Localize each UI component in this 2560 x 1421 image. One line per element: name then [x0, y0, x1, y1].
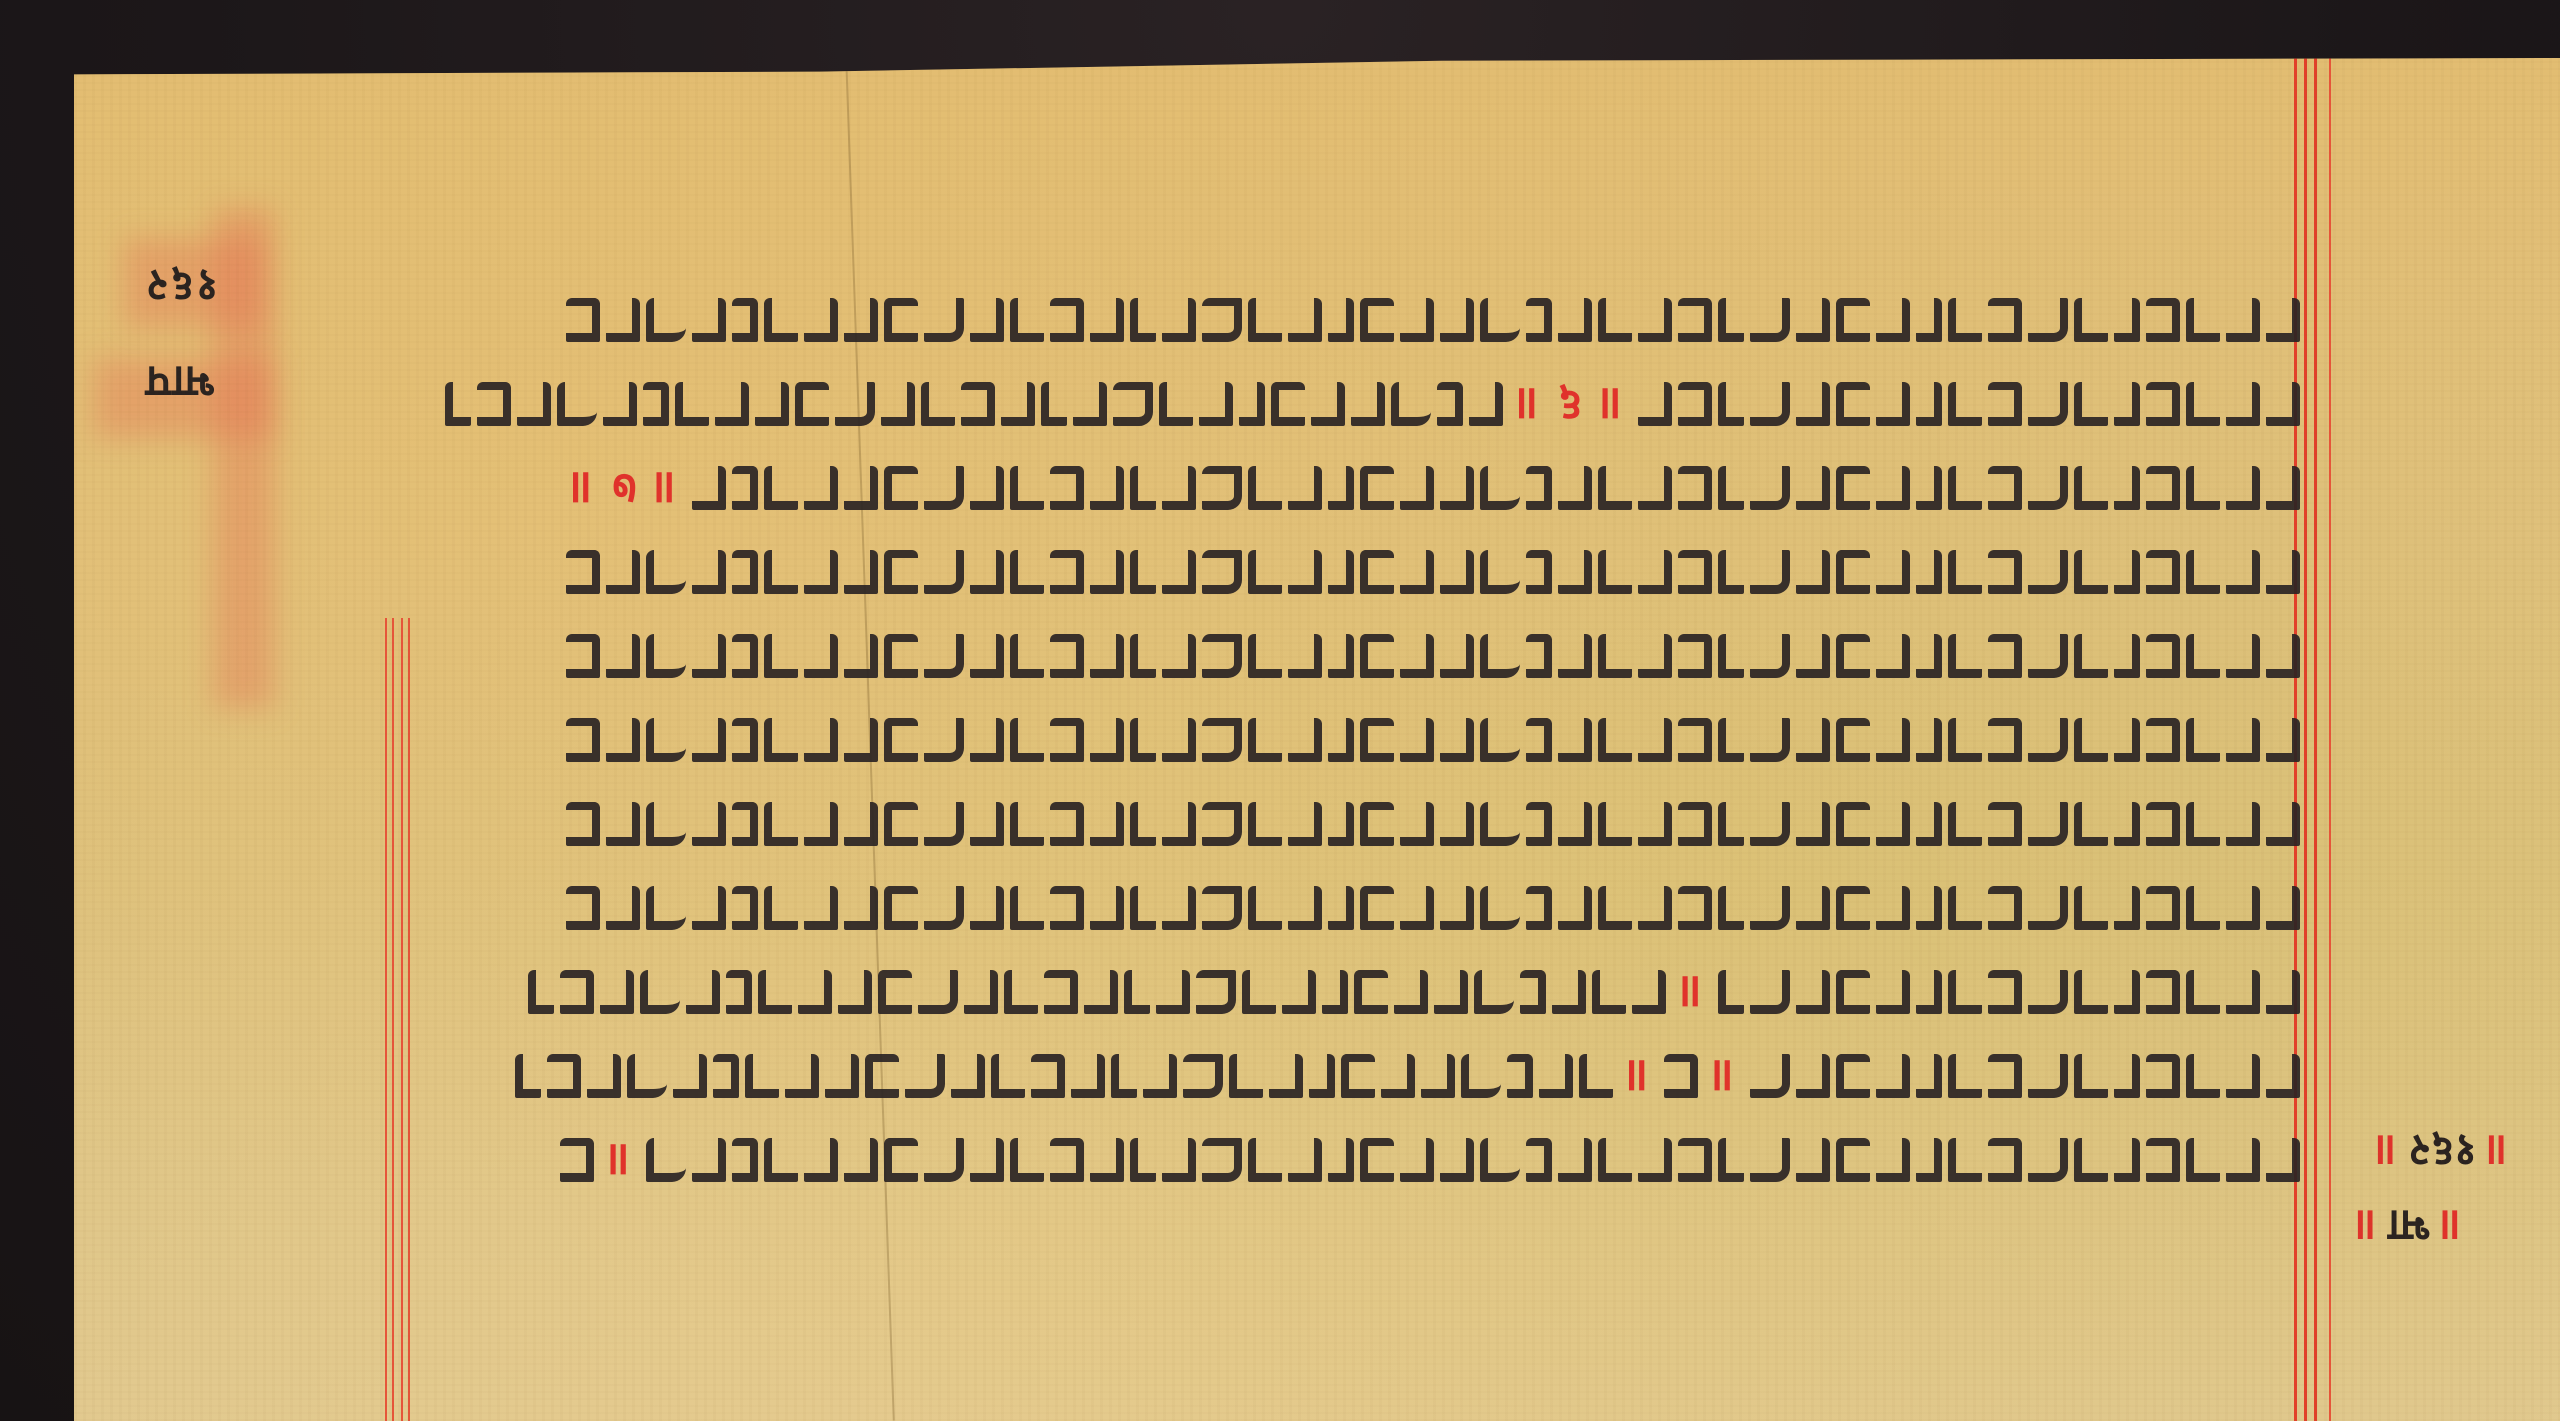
script-glyph: [1520, 970, 1546, 1014]
script-glyph: [1718, 550, 1744, 594]
right-margin-abbreviation: भा: [2388, 1198, 2430, 1258]
script-glyph: [1796, 634, 1830, 678]
script-glyph: [1010, 634, 1044, 678]
script-glyph: [1598, 886, 1632, 930]
glyph-run: [566, 802, 2300, 860]
script-glyph: [477, 382, 511, 426]
script-glyph: [1750, 550, 1790, 594]
script-glyph: [1248, 718, 1282, 762]
script-glyph: [1718, 382, 1744, 426]
script-glyph: [844, 550, 878, 594]
script-glyph: [1678, 718, 1712, 762]
script-glyph: [1010, 1138, 1044, 1182]
script-glyph: [2146, 802, 2180, 846]
script-glyph: [1558, 298, 1592, 342]
script-glyph: [1041, 382, 1067, 426]
script-glyph: [2028, 634, 2068, 678]
script-glyph: [2074, 298, 2108, 342]
script-glyph: [2186, 382, 2220, 426]
script-glyph: [1248, 886, 1282, 930]
script-glyph: [844, 886, 878, 930]
script-glyph: [1948, 382, 1982, 426]
script-glyph: [2074, 466, 2108, 510]
script-glyph: [838, 970, 872, 1014]
glyph-run: ॥ ६ ॥: [445, 382, 2300, 440]
script-glyph: [1678, 886, 1712, 930]
script-glyph: [1526, 802, 1552, 846]
script-glyph: [884, 886, 918, 930]
script-glyph: [2114, 298, 2140, 342]
script-glyph: [1836, 634, 1870, 678]
script-glyph: [1183, 1054, 1223, 1098]
script-glyph: [1558, 634, 1592, 678]
script-glyph: [785, 1054, 819, 1098]
script-glyph: [1876, 970, 1910, 1014]
script-glyph: [1248, 802, 1282, 846]
text-line: [395, 705, 2300, 789]
script-glyph: [517, 382, 551, 426]
left-margin-rule: [385, 618, 387, 1421]
script-glyph: [2266, 718, 2300, 762]
script-glyph: [1090, 634, 1124, 678]
script-glyph: [1328, 298, 1354, 342]
script-glyph: [1421, 1054, 1455, 1098]
script-glyph: [1202, 466, 1242, 510]
script-glyph: [1288, 802, 1322, 846]
script-glyph: [1988, 298, 2022, 342]
script-glyph: [764, 886, 798, 930]
script-glyph: [560, 1138, 594, 1182]
script-glyph: [2226, 382, 2260, 426]
script-glyph: [1130, 886, 1156, 930]
script-glyph: [1309, 1054, 1335, 1098]
script-glyph: [1988, 1138, 2022, 1182]
script-glyph: [1202, 886, 1242, 930]
script-glyph: [1440, 634, 1474, 678]
right-margin-rule: [2314, 58, 2317, 1421]
script-glyph: [804, 634, 838, 678]
script-glyph: [1796, 970, 1830, 1014]
script-glyph: [1031, 1054, 1065, 1098]
script-glyph: [1579, 1054, 1613, 1098]
script-glyph: [1638, 802, 1672, 846]
rubric-mark: ॥: [1678, 970, 1706, 1016]
script-glyph: [1598, 1138, 1632, 1182]
script-glyph: [1159, 382, 1193, 426]
script-glyph: [566, 886, 600, 930]
text-line: ॥: [395, 1125, 2300, 1209]
script-glyph: [1796, 382, 1830, 426]
script-glyph: [1678, 466, 1712, 510]
script-glyph: [646, 718, 686, 762]
script-glyph: [758, 970, 792, 1014]
script-glyph: [1916, 382, 1942, 426]
script-glyph: [2074, 970, 2108, 1014]
script-glyph: [1130, 634, 1156, 678]
script-glyph: [2186, 970, 2220, 1014]
script-glyph: [726, 970, 752, 1014]
script-glyph: [1558, 1138, 1592, 1182]
script-glyph: [1718, 886, 1744, 930]
script-glyph: [1090, 802, 1124, 846]
script-glyph: [2114, 1054, 2140, 1098]
script-glyph: [547, 1054, 581, 1098]
script-glyph: [732, 298, 758, 342]
script-glyph: [764, 550, 798, 594]
script-glyph: [1010, 802, 1044, 846]
script-glyph: [1558, 466, 1592, 510]
script-glyph: [1526, 1138, 1552, 1182]
script-glyph: [1400, 802, 1434, 846]
script-glyph: [2186, 550, 2220, 594]
script-glyph: [692, 718, 726, 762]
script-glyph: [1400, 718, 1434, 762]
script-glyph: [1360, 886, 1394, 930]
script-glyph: [1664, 1054, 1698, 1098]
script-glyph: [1162, 1138, 1196, 1182]
script-glyph: [1469, 382, 1503, 426]
script-glyph: [2028, 1054, 2068, 1098]
script-glyph: [600, 970, 634, 1014]
script-glyph: [924, 550, 964, 594]
script-glyph: [732, 466, 758, 510]
script-glyph: [921, 382, 955, 426]
script-glyph: [884, 466, 918, 510]
script-glyph: [1948, 970, 1982, 1014]
script-glyph: [2114, 634, 2140, 678]
script-glyph: [1248, 466, 1282, 510]
script-glyph: [970, 550, 1004, 594]
script-glyph: [1050, 718, 1084, 762]
script-glyph: [2226, 802, 2260, 846]
script-glyph: [1480, 550, 1520, 594]
script-glyph: [1750, 1138, 1790, 1182]
script-glyph: [2146, 550, 2180, 594]
script-glyph: [732, 718, 758, 762]
script-glyph: [606, 718, 640, 762]
script-glyph: [804, 1138, 838, 1182]
script-glyph: [1050, 1138, 1084, 1182]
script-glyph: [884, 1138, 918, 1182]
text-line: ॥॥: [395, 1041, 2300, 1125]
script-glyph: [1269, 1054, 1303, 1098]
script-glyph: [1010, 298, 1044, 342]
script-glyph: [2186, 1138, 2220, 1182]
script-glyph: [1678, 802, 1712, 846]
glyph-run: ॥: [528, 970, 2300, 1028]
script-glyph: [1130, 802, 1156, 846]
glyph-run: [566, 718, 2300, 776]
script-glyph: [1328, 886, 1354, 930]
script-glyph: [646, 634, 686, 678]
script-glyph: [2074, 550, 2108, 594]
script-glyph: [1988, 886, 2022, 930]
script-glyph: [1836, 718, 1870, 762]
script-glyph: [1288, 718, 1322, 762]
script-glyph: [1592, 970, 1626, 1014]
script-glyph: [1288, 1138, 1322, 1182]
script-glyph: [1354, 970, 1388, 1014]
script-glyph: [1750, 886, 1790, 930]
script-glyph: [884, 802, 918, 846]
script-glyph: [1050, 802, 1084, 846]
rubric-mark: ॥: [1625, 1054, 1653, 1100]
right-margin-number: १६२: [2408, 1123, 2477, 1183]
script-glyph: [1351, 382, 1385, 426]
script-glyph: [884, 718, 918, 762]
script-glyph: [835, 382, 875, 426]
script-glyph: [1130, 466, 1156, 510]
script-glyph: [1434, 970, 1468, 1014]
script-glyph: [732, 886, 758, 930]
script-glyph: [1461, 1054, 1501, 1098]
script-glyph: [1916, 886, 1942, 930]
script-glyph: [1090, 718, 1124, 762]
script-glyph: [1988, 634, 2022, 678]
glyph-run: ॥: [560, 1138, 2300, 1196]
script-glyph: [1876, 466, 1910, 510]
script-glyph: [970, 886, 1004, 930]
folio-number: १६२: [144, 258, 219, 318]
script-glyph: [557, 382, 597, 426]
script-glyph: [1598, 718, 1632, 762]
script-glyph: [1558, 802, 1592, 846]
script-glyph: [2186, 886, 2220, 930]
script-glyph: [1440, 298, 1474, 342]
script-glyph: [1988, 382, 2022, 426]
script-glyph: [2074, 634, 2108, 678]
script-glyph: [1288, 634, 1322, 678]
red-pigment-wash: [94, 358, 274, 438]
script-glyph: [1050, 634, 1084, 678]
script-glyph: [1202, 1138, 1242, 1182]
script-glyph: [1836, 298, 1870, 342]
script-glyph: [2266, 298, 2300, 342]
script-glyph: [1480, 718, 1520, 762]
script-glyph: [878, 970, 912, 1014]
script-glyph: [2114, 718, 2140, 762]
script-glyph: [1796, 298, 1830, 342]
script-glyph: [1750, 382, 1790, 426]
script-glyph: [1248, 1138, 1282, 1182]
script-glyph: [844, 1138, 878, 1182]
script-glyph: [1718, 718, 1744, 762]
script-glyph: [970, 802, 1004, 846]
script-glyph: [606, 802, 640, 846]
script-glyph: [646, 1138, 686, 1182]
glyph-run: ॥॥: [515, 1054, 2300, 1112]
script-glyph: [844, 718, 878, 762]
script-glyph: [1400, 886, 1434, 930]
script-glyph: [1010, 550, 1044, 594]
text-line: ॥: [395, 957, 2300, 1041]
script-glyph: [732, 550, 758, 594]
script-glyph: [924, 634, 964, 678]
script-glyph: [1010, 886, 1044, 930]
script-glyph: [1288, 298, 1322, 342]
script-glyph: [1526, 718, 1552, 762]
script-glyph: [764, 634, 798, 678]
script-glyph: [1948, 886, 1982, 930]
margin-abbreviation: भाप: [144, 354, 215, 414]
script-glyph: [1916, 970, 1942, 1014]
script-glyph: [1948, 298, 1982, 342]
script-glyph: [1239, 382, 1265, 426]
script-glyph: [884, 550, 918, 594]
script-glyph: [692, 298, 726, 342]
script-glyph: [1836, 382, 1870, 426]
script-glyph: [970, 298, 1004, 342]
script-glyph: [1044, 970, 1078, 1014]
script-glyph: [2226, 1138, 2260, 1182]
script-glyph: [2114, 550, 2140, 594]
script-glyph: [1474, 970, 1514, 1014]
script-glyph: [528, 970, 554, 1014]
script-glyph: [1526, 298, 1552, 342]
script-glyph: [1796, 466, 1830, 510]
script-glyph: [1718, 466, 1744, 510]
script-glyph: [1050, 886, 1084, 930]
script-glyph: [2146, 1054, 2180, 1098]
script-glyph: [2028, 1138, 2068, 1182]
script-glyph: [2028, 298, 2068, 342]
script-glyph: [2186, 466, 2220, 510]
script-glyph: [673, 1054, 707, 1098]
script-glyph: [2074, 382, 2108, 426]
script-glyph: [1507, 1054, 1533, 1098]
left-margin-rule: [392, 618, 394, 1421]
script-glyph: [1162, 886, 1196, 930]
script-glyph: [2186, 1054, 2220, 1098]
script-glyph: [2226, 1054, 2260, 1098]
script-glyph: [2186, 634, 2220, 678]
script-glyph: [1750, 718, 1790, 762]
script-glyph: [1440, 550, 1474, 594]
rubric-danda: ॥: [2374, 1123, 2400, 1183]
script-glyph: [1988, 970, 2022, 1014]
script-glyph: [1090, 886, 1124, 930]
script-glyph: [1480, 886, 1520, 930]
right-margin-folio-number: ॥ १६२ ॥: [2374, 1123, 2511, 1183]
script-glyph: [1638, 466, 1672, 510]
glyph-run: ॥ ७ ॥: [563, 466, 2300, 524]
script-glyph: [1988, 466, 2022, 510]
text-line: ॥ ६ ॥: [395, 369, 2300, 453]
script-glyph: [2146, 634, 2180, 678]
script-glyph: [1718, 634, 1744, 678]
script-glyph: [1071, 1054, 1105, 1098]
script-glyph: [924, 1138, 964, 1182]
script-glyph: [2074, 1138, 2108, 1182]
script-glyph: [1248, 550, 1282, 594]
script-glyph: [1988, 802, 2022, 846]
script-glyph: [692, 886, 726, 930]
script-glyph: [1836, 970, 1870, 1014]
script-glyph: [1162, 634, 1196, 678]
script-glyph: [2226, 466, 2260, 510]
script-glyph: [865, 1054, 899, 1098]
script-glyph: [1400, 1138, 1434, 1182]
script-glyph: [970, 718, 1004, 762]
script-glyph: [991, 1054, 1025, 1098]
script-glyph: [1130, 1138, 1156, 1182]
script-glyph: [1440, 1138, 1474, 1182]
script-glyph: [2266, 886, 2300, 930]
script-glyph: [1876, 718, 1910, 762]
script-glyph: [1750, 970, 1790, 1014]
script-glyph: [1916, 1054, 1942, 1098]
script-glyph: [1271, 382, 1305, 426]
script-glyph: [2266, 802, 2300, 846]
text-line: [395, 873, 2300, 957]
text-line: [395, 285, 2300, 369]
script-glyph: [1718, 970, 1744, 1014]
script-glyph: [1242, 970, 1276, 1014]
script-glyph: [1124, 970, 1150, 1014]
script-glyph: [764, 298, 798, 342]
script-glyph: [1440, 718, 1474, 762]
script-glyph: [924, 718, 964, 762]
script-glyph: [1598, 634, 1632, 678]
script-glyph: [1360, 718, 1394, 762]
script-glyph: [1130, 718, 1156, 762]
script-glyph: [1750, 802, 1790, 846]
script-glyph: [1196, 970, 1236, 1014]
script-glyph: [606, 298, 640, 342]
script-glyph: [2028, 382, 2068, 426]
script-glyph: [1322, 970, 1348, 1014]
script-glyph: [2146, 970, 2180, 1014]
script-glyph: [1440, 466, 1474, 510]
script-glyph: [2266, 970, 2300, 1014]
script-glyph: [646, 298, 686, 342]
script-glyph: [1050, 550, 1084, 594]
script-glyph: [2266, 1138, 2300, 1182]
script-glyph: [924, 466, 964, 510]
script-glyph: [2146, 1138, 2180, 1182]
script-glyph: [2028, 802, 2068, 846]
script-glyph: [1480, 802, 1520, 846]
script-glyph: [1400, 466, 1434, 510]
script-glyph: [643, 382, 669, 426]
script-glyph: [1638, 298, 1672, 342]
script-glyph: [692, 802, 726, 846]
script-glyph: [2226, 550, 2260, 594]
script-glyph: [566, 718, 600, 762]
script-glyph: [1948, 802, 1982, 846]
script-glyph: [2028, 466, 2068, 510]
script-glyph: [1288, 886, 1322, 930]
script-glyph: [1916, 718, 1942, 762]
script-glyph: [2266, 382, 2300, 426]
script-glyph: [2028, 718, 2068, 762]
script-glyph: [2028, 550, 2068, 594]
script-glyph: [1113, 382, 1153, 426]
script-glyph: [2146, 886, 2180, 930]
script-glyph: [2114, 886, 2140, 930]
script-glyph: [1638, 718, 1672, 762]
script-glyph: [646, 550, 686, 594]
script-glyph: [1090, 466, 1124, 510]
script-glyph: [905, 1054, 945, 1098]
script-glyph: [1288, 550, 1322, 594]
script-glyph: [2114, 970, 2140, 1014]
script-glyph: [692, 550, 726, 594]
script-glyph: [1001, 382, 1035, 426]
script-glyph: [640, 970, 680, 1014]
script-glyph: [881, 382, 915, 426]
script-glyph: [1400, 634, 1434, 678]
